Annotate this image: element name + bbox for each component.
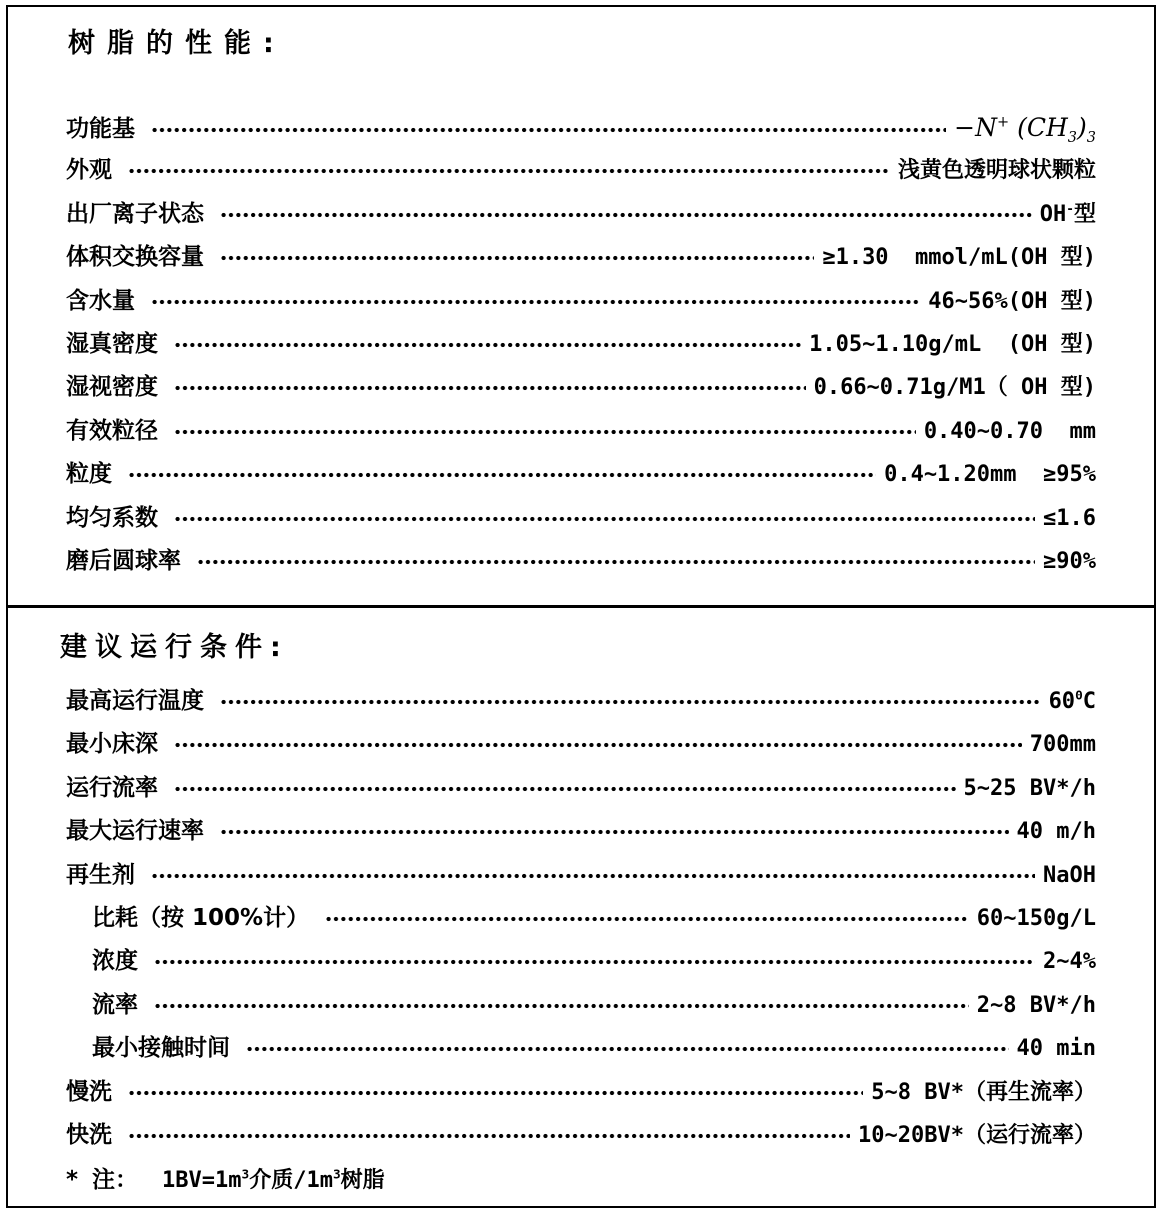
footnote-row: * 注： 1BV=1m3介质/1m3树脂 [8, 1158, 1154, 1202]
row-label: 出厂离子状态 [66, 193, 204, 236]
row-label: 最大运行速率 [66, 810, 204, 853]
row-label: 最小接触时间 [92, 1027, 230, 1070]
spec-row-apparent-density: 湿视密度 0.66~0.71g/M1（ OH 型) [8, 366, 1154, 409]
row-label: 含水量 [66, 280, 135, 323]
row-label: 外观 [66, 149, 112, 192]
row-label: 湿视密度 [66, 366, 158, 409]
section-resin-properties: 树脂的性能: 功能基 −N+ (CH3)3 外观 浅黄色透明球状颗粒 出厂离子状… [8, 7, 1154, 608]
spec-row-min-bed-depth: 最小床深 700mm [8, 723, 1154, 766]
spec-row-moisture-content: 含水量 46~56%(OH 型) [8, 280, 1154, 323]
row-value: 1.05~1.10g/mL (OH 型) [809, 323, 1096, 366]
row-label: 湿真密度 [66, 323, 158, 366]
footnote-label: 注： [92, 1158, 138, 1202]
note-superscript: 3 [333, 1168, 341, 1183]
spec-row-fast-rinse: 快洗 10~20BV*（运行流率） [8, 1114, 1154, 1157]
dotted-leader [154, 954, 1035, 968]
row-label: 浓度 [92, 940, 138, 983]
spec-row-particle-size: 粒度 0.4~1.20mm ≥95% [8, 453, 1154, 496]
row-value: 0.40~0.70 mm [924, 410, 1096, 453]
note-base: 树脂 [341, 1168, 385, 1193]
row-value: 0.4~1.20mm ≥95% [884, 453, 1096, 496]
row-value: 0.66~0.71g/M1（ OH 型) [814, 366, 1096, 409]
row-value: 浅黄色透明球状颗粒 [898, 149, 1096, 192]
row-value: 5~8 BV*（再生流率） [871, 1071, 1096, 1114]
row-label: 磨后圆球率 [66, 540, 181, 583]
dotted-leader [151, 868, 1035, 882]
dotted-leader [151, 122, 946, 136]
formula-base: −N [954, 113, 997, 142]
dotted-leader [325, 911, 969, 925]
dotted-leader [128, 467, 876, 481]
document-page: 树脂的性能: 功能基 −N+ (CH3)3 外观 浅黄色透明球状颗粒 出厂离子状… [0, 0, 1163, 1215]
row-label: 运行流率 [66, 767, 158, 810]
dotted-leader [174, 424, 916, 438]
dotted-leader [197, 554, 1035, 568]
row-value: 46~56%(OH 型) [928, 280, 1096, 323]
row-label: 流率 [92, 984, 138, 1027]
value-superscript: - [1066, 201, 1074, 216]
row-label: 快洗 [66, 1114, 112, 1157]
section-title-operating: 建议运行条件: [60, 625, 1154, 664]
value-base: C [1083, 689, 1096, 714]
row-label: 功能基 [66, 108, 135, 151]
formula-superscript: + [997, 115, 1009, 131]
spec-row-effective-size: 有效粒径 0.40~0.70 mm [8, 410, 1154, 453]
spec-row-uniformity-coefficient: 均匀系数 ≤1.6 [8, 497, 1154, 540]
dotted-leader [128, 1128, 850, 1142]
row-value-formula: −N+ (CH3)3 [954, 106, 1096, 149]
spec-row-slow-rinse: 慢洗 5~8 BV*（再生流率） [8, 1071, 1154, 1114]
dotted-leader [128, 163, 890, 177]
spec-row-max-temperature: 最高运行温度 600C [8, 680, 1154, 723]
row-value: 2~8 BV*/h [977, 984, 1096, 1027]
row-value: 5~25 BV*/h [964, 767, 1096, 810]
dotted-leader [220, 694, 1041, 708]
dotted-leader [151, 294, 920, 308]
value-base: 型 [1074, 202, 1096, 227]
row-label: 均匀系数 [66, 497, 158, 540]
document-frame: 树脂的性能: 功能基 −N+ (CH3)3 外观 浅黄色透明球状颗粒 出厂离子状… [6, 5, 1156, 1208]
row-label: 慢洗 [66, 1071, 112, 1114]
row-label: 再生剂 [66, 854, 135, 897]
dotted-leader [174, 337, 801, 351]
spec-row-exchange-capacity: 体积交换容量 ≥1.30 mmol/mL(OH 型) [8, 236, 1154, 279]
operating-rows: 最高运行温度 600C 最小床深 700mm 运行流率 5~25 BV*/h 最… [8, 680, 1154, 1202]
row-value: 40 m/h [1017, 810, 1096, 853]
row-label: 有效粒径 [66, 410, 158, 453]
dotted-leader [220, 824, 1009, 838]
spec-row-true-density: 湿真密度 1.05~1.10g/mL (OH 型) [8, 323, 1154, 366]
spec-row-service-flow-rate: 运行流率 5~25 BV*/h [8, 767, 1154, 810]
note-base: 1BV=1m [162, 1168, 241, 1193]
value-base: OH [1040, 202, 1067, 227]
row-label: 最高运行温度 [66, 680, 204, 723]
row-value: ≥90% [1043, 540, 1096, 583]
row-value: ≥1.30 mmol/mL(OH 型) [822, 236, 1096, 279]
spec-row-regenerant: 再生剂 NaOH [8, 854, 1154, 897]
resin-rows: 功能基 −N+ (CH3)3 外观 浅黄色透明球状颗粒 出厂离子状态 OH-型 … [8, 106, 1154, 583]
dotted-leader [174, 781, 956, 795]
spec-row-regenerant-concentration: 浓度 2~4% [8, 940, 1154, 983]
spec-row-appearance: 外观 浅黄色透明球状颗粒 [8, 149, 1154, 192]
section-operating-conditions: 建议运行条件: 最高运行温度 600C 最小床深 700mm 运行流率 5~25… [8, 608, 1154, 1206]
dotted-leader [220, 250, 814, 264]
row-label: 粒度 [66, 453, 112, 496]
spec-row-min-contact-time: 最小接触时间 40 min [8, 1027, 1154, 1070]
row-value: 700mm [1030, 723, 1096, 766]
dotted-leader [154, 998, 969, 1012]
spec-row-regenerant-dosage: 比耗（按 100%计） 60~150g/L [8, 897, 1154, 940]
row-value: NaOH [1043, 854, 1096, 897]
dotted-leader [128, 1085, 863, 1099]
dotted-leader [174, 380, 806, 394]
dotted-leader [174, 511, 1035, 525]
row-label: 最小床深 [66, 723, 158, 766]
row-label: 比耗（按 100%计） [92, 897, 309, 940]
note-base: 介质/1m [249, 1168, 333, 1193]
formula-subscript: 3 [1087, 130, 1096, 146]
row-value: 2~4% [1043, 940, 1096, 983]
row-value: 600C [1049, 680, 1096, 723]
dotted-leader [220, 207, 1032, 221]
value-superscript: 0 [1075, 689, 1083, 704]
spec-row-regenerant-flow-rate: 流率 2~8 BV*/h [8, 984, 1154, 1027]
row-value: 10~20BV*（运行流率） [858, 1114, 1096, 1157]
row-value: OH-型 [1040, 193, 1096, 236]
row-label: 体积交换容量 [66, 236, 204, 279]
spec-row-ionic-form: 出厂离子状态 OH-型 [8, 193, 1154, 236]
footnote-asterisk: * [66, 1158, 78, 1202]
dotted-leader [174, 737, 1022, 751]
footnote-text: 1BV=1m3介质/1m3树脂 [162, 1159, 385, 1203]
spec-row-functional-group: 功能基 −N+ (CH3)3 [8, 106, 1154, 149]
row-value: ≤1.6 [1043, 497, 1096, 540]
row-value: 60~150g/L [977, 897, 1096, 940]
row-value: 40 min [1017, 1027, 1096, 1070]
formula-base: ) [1077, 113, 1087, 142]
dotted-leader [246, 1041, 1009, 1055]
spec-row-sphericity-after-attrition: 磨后圆球率 ≥90% [8, 540, 1154, 583]
formula-base: (CH [1009, 113, 1068, 142]
spec-row-max-linear-velocity: 最大运行速率 40 m/h [8, 810, 1154, 853]
section-title-resin: 树脂的性能: [68, 21, 1154, 60]
value-base: 60 [1049, 689, 1076, 714]
formula-subscript: 3 [1068, 130, 1077, 146]
